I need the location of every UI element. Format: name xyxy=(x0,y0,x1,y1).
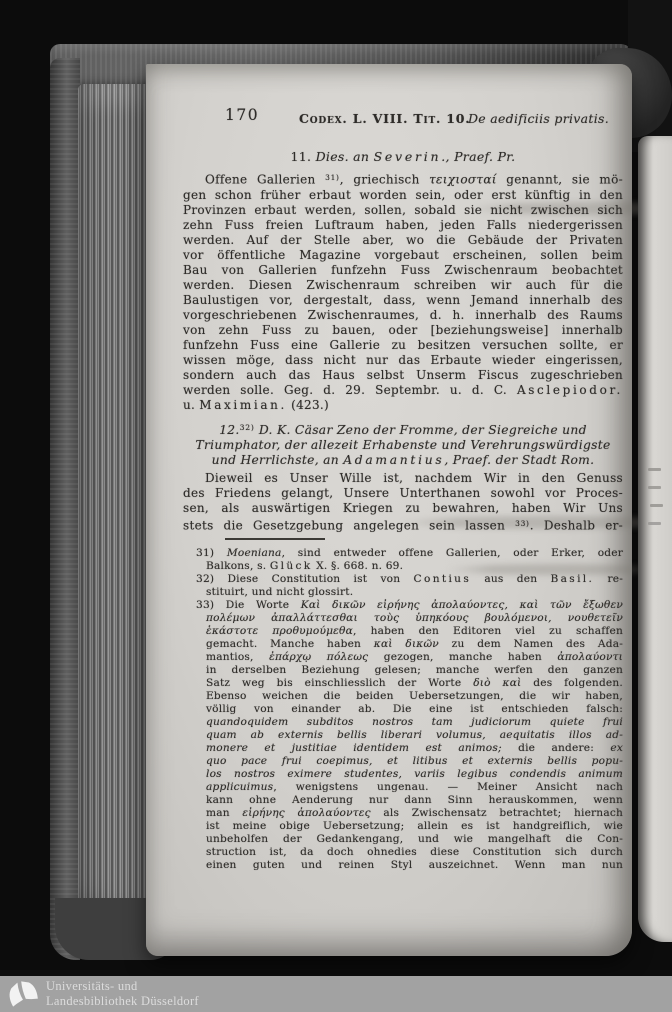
text-line: monere et justitiae identidem est animos… xyxy=(206,742,623,755)
library-name-line2: Landesbibliothek Düsseldorf xyxy=(46,994,199,1009)
text-line: los nostros eximere studentes, variis le… xyxy=(206,768,623,781)
heading-constitution-12: 12.32) D. K. Cäsar Zeno der Fromme, der … xyxy=(183,420,623,468)
header-treatise-title: De aedificiis privatis. xyxy=(468,111,609,126)
text-line: funfzehn Fuss eine Gallerie zu besitzen … xyxy=(183,338,623,353)
text-line: mantios, ἐπάρχῳ πόλεως gezogen, manche h… xyxy=(206,651,623,664)
header-codex-title: Codex. L. VIII. Tit. 10. xyxy=(299,111,470,126)
text-line: vorgeschriebenen Zwischenraumes, d. h. i… xyxy=(183,308,623,323)
text-line: ist meine obige Uebersetzung; allein es … xyxy=(206,820,623,833)
facing-page-edge xyxy=(638,136,672,942)
ulb-open-book-logo-icon xyxy=(5,978,41,1012)
text-line: u. Maximian. (423.) xyxy=(183,398,623,413)
text-line: quandoquidem subditos nostros tam judici… xyxy=(206,716,623,729)
text-line: struction ist, da doch ohnedies diese Co… xyxy=(206,846,623,859)
page-number: 170 xyxy=(225,108,259,123)
text-line: applicuimus, wenigstens ungenau. — Meine… xyxy=(206,781,623,794)
paragraph-constitution-12: Dieweil es Unser Wille ist, nachdem Wir … xyxy=(183,471,623,534)
text-line: Baulustigen vor, dergestalt, dass, wenn … xyxy=(183,293,623,308)
text-line: Triumphator, der allezeit Erhabenste und… xyxy=(183,438,623,453)
book-cover-edge xyxy=(50,58,80,960)
text-line: des Friedens gelangt, Unsere Unterthanen… xyxy=(183,486,623,501)
text-line: quo pace frui coepimus, et litibus et ex… xyxy=(206,755,623,768)
text-line: 11. Dies. an Severin., Praef. Pr. xyxy=(183,149,623,164)
footnote-33: 33) Die Worte Καὶ δικῶν εἰρήνης ἀπολαύον… xyxy=(183,599,623,872)
text-line: quam ab externis bellis liberari volumus… xyxy=(206,729,623,742)
text-line: stets die Gesetzgebung angelegen sein la… xyxy=(183,516,623,534)
footnote-separator xyxy=(225,538,325,540)
text-line: in derselben Beziehung gelesen; manche w… xyxy=(206,664,623,677)
facing-page-text-bleed xyxy=(648,468,661,471)
text-line: 31) Moeniana, sind entweder offene Galle… xyxy=(206,547,623,560)
text-line: und Herrlichste, an Adamantius, Praef. d… xyxy=(183,453,623,468)
text-line: von zehn Fuss zu bauen, oder [beziehungs… xyxy=(183,323,623,338)
text-line: Balkons, s. Glück X. §. 668. n. 69. xyxy=(206,560,623,573)
text-line: wissen möge, dass nicht nur das Erbaute … xyxy=(183,353,623,368)
library-name-line1: Universitäts- und xyxy=(46,979,199,994)
text-line: Offene Gallerien 31), griechisch τειχιοσ… xyxy=(183,170,623,188)
library-name: Universitäts- und Landesbibliothek Düsse… xyxy=(46,979,199,1009)
text-line: vor öffentliche Magazine vorgebaut ersch… xyxy=(183,248,623,263)
text-line: 33) Die Worte Καὶ δικῶν εἰρήνης ἀπολαύον… xyxy=(206,599,623,612)
text-line: ἑκάστοτε προθυμούμεθα, haben den Editore… xyxy=(206,625,623,638)
text-line: kann ohne Aenderung nur dann Sinn heraus… xyxy=(206,794,623,807)
section-heading-11: 11. Dies. an Severin., Praef. Pr. xyxy=(183,149,623,164)
text-line: 32) Diese Constitution ist von Contius a… xyxy=(206,573,623,586)
paragraph-constitution-11: Offene Gallerien 31), griechisch τειχιοσ… xyxy=(183,170,623,413)
text-line: gen schon früher erbaut worden sein, ode… xyxy=(183,188,623,203)
text-line: einen guten und reinen Styl auszeichnet.… xyxy=(206,859,623,872)
text-line: völlig von einander ab. Die eine ist ent… xyxy=(206,703,623,716)
footnote-32: 32) Diese Constitution ist von Contius a… xyxy=(183,573,623,599)
text-line: Satz weg bis einschliesslich der Worte δ… xyxy=(206,677,623,690)
text-line: πολέμων ἀπαλλάττεσθαι τοὺς ὑπηκόους βουλ… xyxy=(206,612,623,625)
text-line: unbeholfen der Gedankengang, und wie man… xyxy=(206,833,623,846)
text-line: Dieweil es Unser Wille ist, nachdem Wir … xyxy=(183,471,623,486)
text-line: sondern auch das Haus selbst Unserm Fisc… xyxy=(183,368,623,383)
text-line: gemacht. Manche haben καὶ δικῶν zu dem N… xyxy=(206,638,623,651)
text-line: werden. Diesen Zwischenraum schreiben wi… xyxy=(183,278,623,293)
footnote-31: 31) Moeniana, sind entweder offene Galle… xyxy=(183,547,623,573)
scan-background: 170 Codex. L. VIII. Tit. 10. De aedifici… xyxy=(0,0,672,1012)
text-line: Bau von Gallerien funfzehn Fuss Zwischen… xyxy=(183,263,623,278)
text-line: Provinzen erbaut werden, sollen, sobald … xyxy=(183,203,623,218)
text-line: Ebenso weichen die beiden Uebersetzungen… xyxy=(206,690,623,703)
text-line: werden solle. Geg. d. 29. Septembr. u. d… xyxy=(183,383,623,398)
page-text: 170 Codex. L. VIII. Tit. 10. De aedifici… xyxy=(183,110,623,872)
text-line: zehn Fuss freien Luftraum haben, jeden F… xyxy=(183,218,623,233)
text-line: werden. Auf der Stelle aber, wo die Gebä… xyxy=(183,233,623,248)
running-header: 170 Codex. L. VIII. Tit. 10. De aedifici… xyxy=(183,110,623,128)
text-line: sen, als auswärtigen Kriegen zu bewahren… xyxy=(183,501,623,516)
book-page-stack xyxy=(78,84,150,958)
text-line: stituirt, und nicht glossirt. xyxy=(206,586,623,599)
text-line: 12.32) D. K. Cäsar Zeno der Fromme, der … xyxy=(183,420,623,438)
text-line: man εἰρήνης ἀπολαύοντες als Zwischensatz… xyxy=(206,807,623,820)
